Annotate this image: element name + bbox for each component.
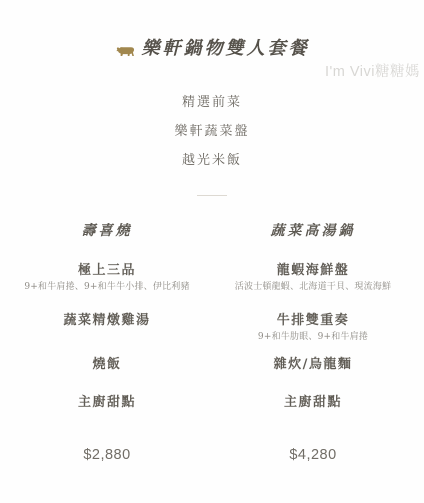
menu-row: 主廚甜點 — [4, 395, 210, 446]
set-column-title: 壽喜燒 — [4, 223, 210, 239]
section-divider — [197, 195, 227, 196]
dish-name: 主廚甜點 — [210, 395, 416, 411]
dish-name: 雜炊/烏龍麵 — [210, 357, 416, 373]
menu-row: 主廚甜點 — [210, 395, 416, 446]
dish-name: 極上三品 — [4, 263, 210, 279]
menu-page: 樂軒鍋物雙人套餐 I'm Vivi糖糖媽 精選前菜 樂軒蔬菜盤 越光米飯 壽喜燒… — [0, 0, 424, 503]
page-title: 樂軒鍋物雙人套餐 — [142, 37, 310, 61]
dish-detail: 9+和牛肩捲、9+和牛牛小排、伊比利豬 — [4, 281, 210, 293]
menu-row: 牛排雙重奏 9+和牛肋眼、9+和牛肩捲 — [210, 313, 416, 357]
menu-row: 龍蝦海鮮盤 活波士頓龍蝦、北海道干貝、現流海鮮 — [210, 263, 416, 313]
dish-name: 蔬菜精燉雞湯 — [4, 313, 210, 329]
set-price: $2,880 — [4, 446, 210, 464]
menu-row: 雜炊/烏龍麵 — [210, 357, 416, 395]
cow-icon — [115, 43, 136, 56]
set-price: $4,280 — [210, 446, 416, 464]
dish-name: 牛排雙重奏 — [210, 313, 416, 329]
menu-row: 極上三品 9+和牛肩捲、9+和牛牛小排、伊比利豬 — [4, 263, 210, 313]
shared-course-item: 越光米飯 — [0, 146, 424, 175]
menu-row: 燒飯 — [4, 357, 210, 395]
menu-row: $2,880 — [4, 446, 210, 464]
menu-row: $4,280 — [210, 446, 416, 464]
set-column-veggie-broth: 蔬菜高湯鍋 龍蝦海鮮盤 活波士頓龍蝦、北海道干貝、現流海鮮 牛排雙重奏 9+和牛… — [210, 223, 416, 464]
menu-row: 蔬菜精燉雞湯 — [4, 313, 210, 357]
dish-detail: 活波士頓龍蝦、北海道干貝、現流海鮮 — [210, 281, 416, 293]
watermark-text: I'm Vivi糖糖媽 — [325, 60, 420, 81]
set-menu-grid: 壽喜燒 極上三品 9+和牛肩捲、9+和牛牛小排、伊比利豬 蔬菜精燉雞湯 燒飯 主… — [4, 223, 416, 464]
set-column-title: 蔬菜高湯鍋 — [210, 223, 416, 239]
shared-course-list: 精選前菜 樂軒蔬菜盤 越光米飯 — [0, 88, 424, 175]
set-column-sukiyaki: 壽喜燒 極上三品 9+和牛肩捲、9+和牛牛小排、伊比利豬 蔬菜精燉雞湯 燒飯 主… — [4, 223, 210, 464]
dish-detail: 9+和牛肋眼、9+和牛肩捲 — [210, 331, 416, 343]
dish-name: 龍蝦海鮮盤 — [210, 263, 416, 279]
dish-name: 主廚甜點 — [4, 395, 210, 411]
shared-course-item: 樂軒蔬菜盤 — [0, 117, 424, 146]
shared-course-item: 精選前菜 — [0, 88, 424, 117]
dish-name: 燒飯 — [4, 357, 210, 373]
menu-header: 樂軒鍋物雙人套餐 — [0, 0, 424, 62]
